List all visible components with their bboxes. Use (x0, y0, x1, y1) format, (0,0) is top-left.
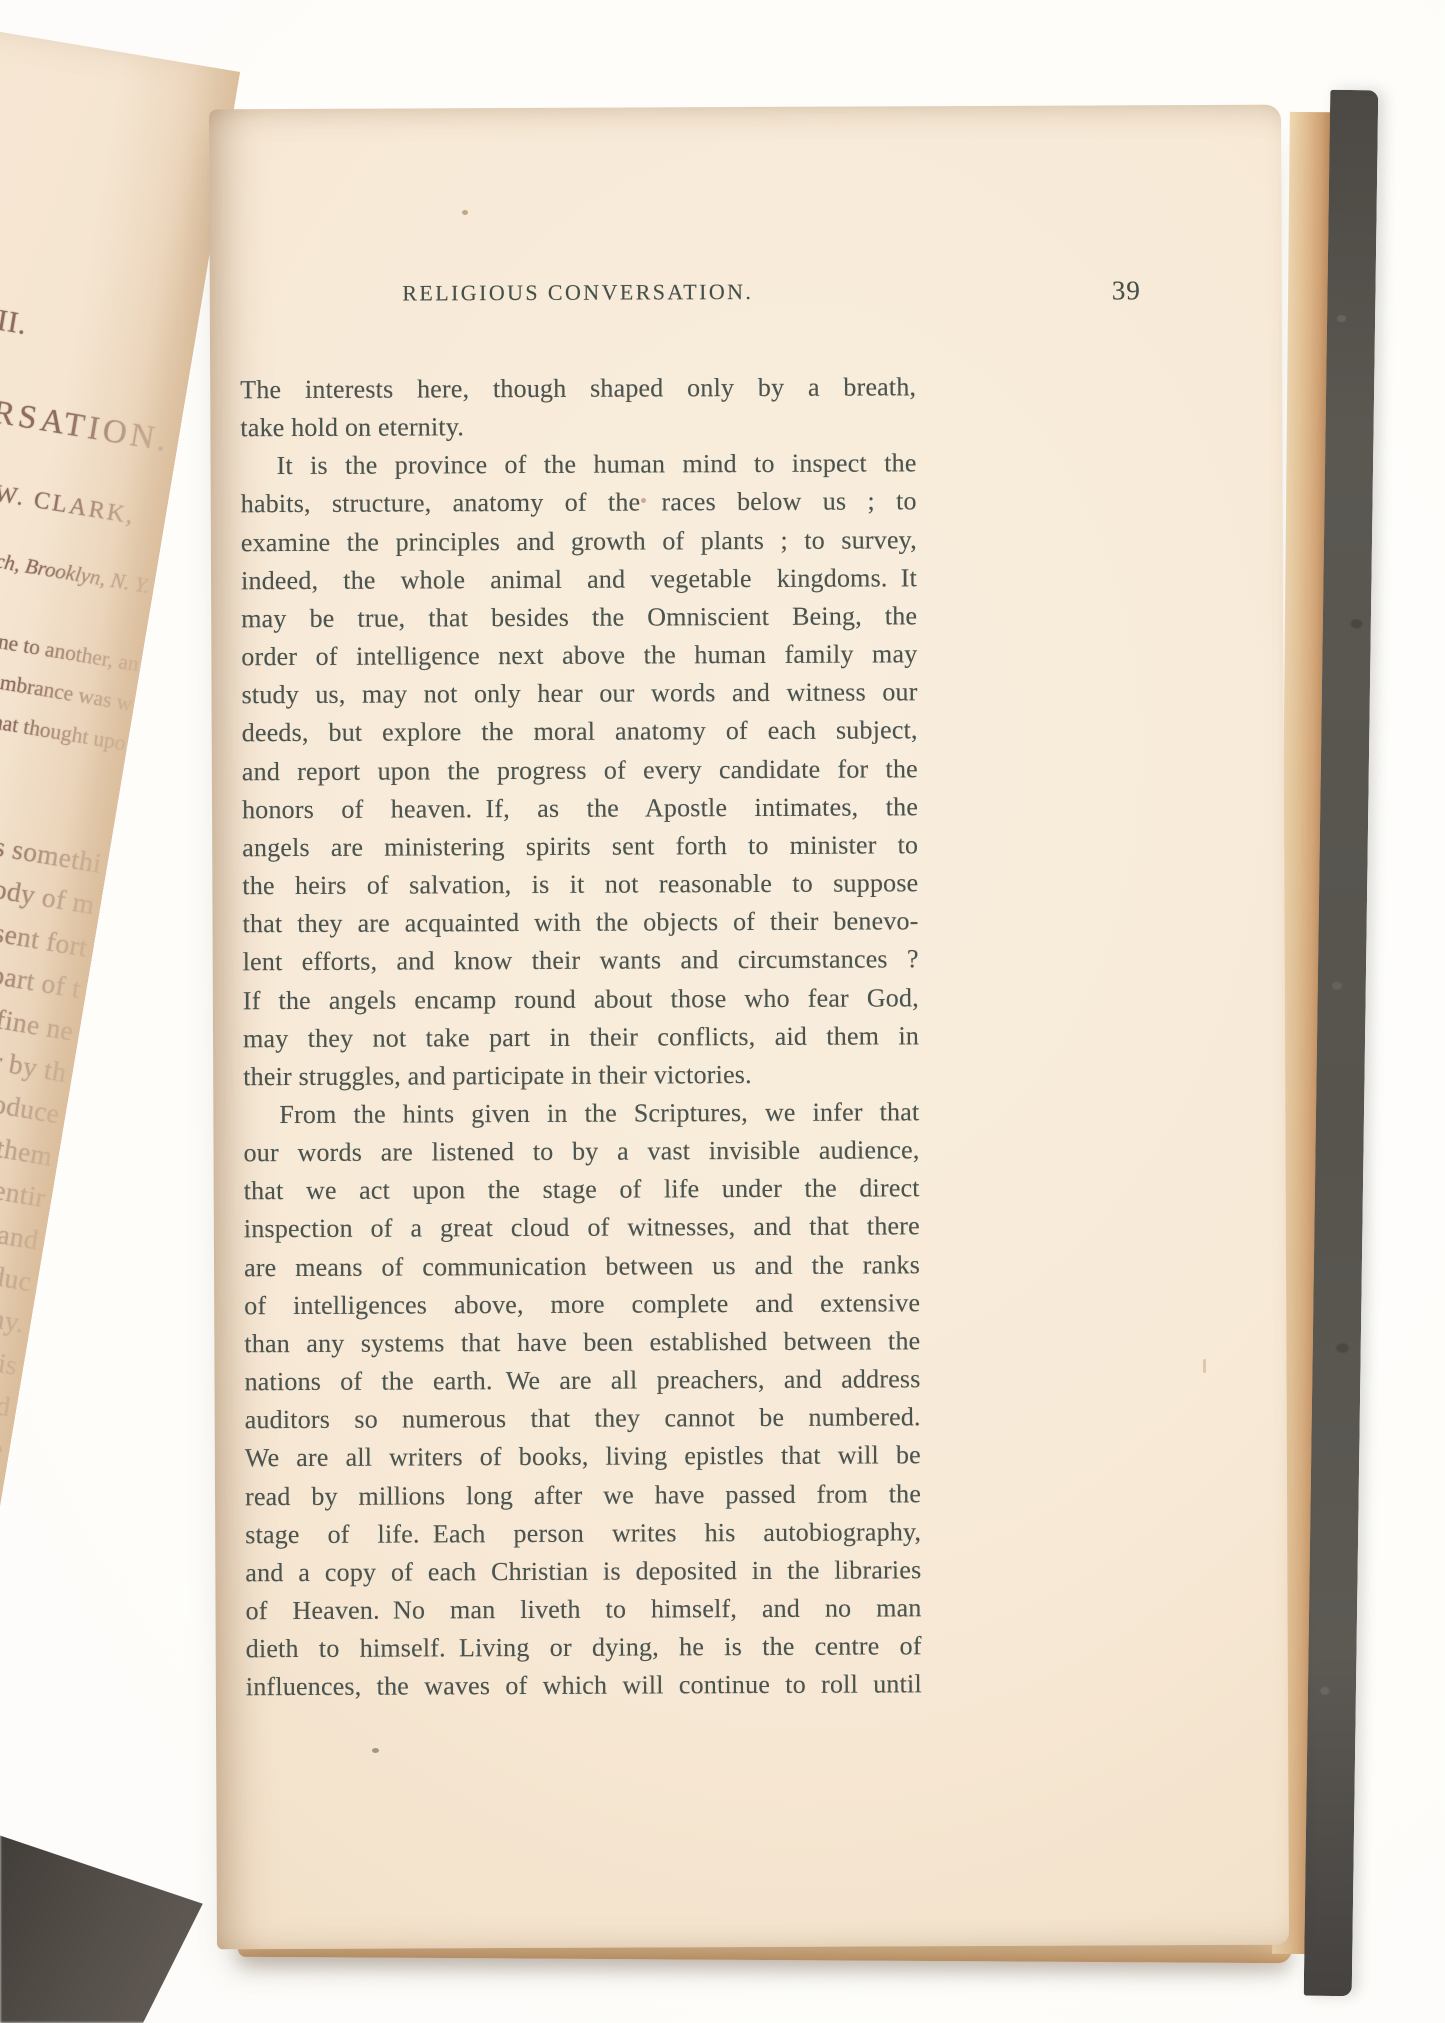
text-line: angels are ministering spirits sent fort… (242, 826, 918, 867)
text-line: and report upon the progress of every ca… (242, 750, 918, 791)
left-body-line: chamber, there is somethi (0, 739, 111, 886)
text-line: take hold on eternity. (240, 406, 916, 447)
left-page: II. S CONVERSATION. RUFUS W. CLARK, greg… (0, 0, 240, 1837)
text-line: than any systems that have been establis… (244, 1322, 920, 1363)
text-line: dieth to himself. Living or dying, he is… (246, 1627, 922, 1668)
text-line: examine the principles and growth of pla… (241, 521, 917, 562)
left-body-fragments: chamber, there is somethie spectacle of … (0, 739, 111, 1723)
text-line: stage of life. Each person writes his au… (245, 1513, 921, 1554)
text-line: influences, the waves of which will cont… (246, 1666, 922, 1707)
book-photo: II. S CONVERSATION. RUFUS W. CLARK, greg… (0, 0, 1445, 2023)
text-line: our words are listened to by a vast invi… (243, 1131, 919, 1172)
paragraph: From the hints given in the Scriptures, … (243, 1093, 922, 1706)
right-page: RELIGIOUS CONVERSATION. 39 The interests… (209, 105, 1289, 1950)
text-line: of Heaven. No man liveth to himself, and… (245, 1589, 921, 1630)
running-header: RELIGIOUS CONVERSATION. 39 (240, 278, 916, 315)
text-line: We are all writers of books, living epis… (245, 1437, 921, 1478)
text-line: nations of the earth. We are all preache… (244, 1360, 920, 1401)
text-line: the heirs of salvation, is it not reason… (242, 864, 918, 905)
text-line: If the angels encamp round about those w… (243, 979, 919, 1020)
text-line: indeed, the whole animal and vegetable k… (241, 559, 917, 600)
text-line: of intelligences above, more complete an… (244, 1284, 920, 1325)
text-line: that we act upon the stage of life under… (244, 1170, 920, 1211)
text-line: read by millions long after we have pass… (245, 1475, 921, 1516)
text-line: and a copy of each Christian is deposite… (245, 1551, 921, 1592)
text-line: auditors so numerous that they cannot be… (245, 1398, 921, 1439)
right-page-text: RELIGIOUS CONVERSATION. 39 The interests… (240, 278, 922, 1706)
text-line: From the hints given in the Scriptures, … (243, 1093, 919, 1134)
text-line: deeds, but explore the moral anatomy of … (242, 712, 918, 753)
text-line: lent efforts, and know their wants and c… (243, 941, 919, 982)
paragraph: It is the province of the human mind to … (240, 445, 919, 1097)
text-line: habits, structure, anatomy of the races … (241, 483, 917, 524)
text-line: It is the province of the human mind to … (240, 445, 916, 486)
text-line: that they are acquainted with the object… (242, 902, 918, 943)
text-line: may be true, that besides the Omniscient… (241, 597, 917, 638)
page-number: 39 (1112, 275, 1141, 306)
left-page-text: II. S CONVERSATION. RUFUS W. CLARK, greg… (0, 231, 196, 1723)
text-line: may they not take part in their conflict… (243, 1017, 919, 1058)
running-header-title: RELIGIOUS CONVERSATION. (240, 278, 916, 307)
text-line: honors of heaven. If, as the Apostle int… (242, 788, 918, 829)
text-line: inspection of a great cloud of witnesses… (244, 1208, 920, 1249)
paragraph: The interests here, though shaped only b… (240, 368, 916, 447)
text-line: their struggles, and participate in thei… (243, 1055, 919, 1096)
chapter-number: II. (0, 231, 196, 370)
text-line: are means of communication between us an… (244, 1246, 920, 1287)
body-text: The interests here, though shaped only b… (240, 368, 922, 1706)
text-line: The interests here, though shaped only b… (240, 368, 916, 409)
text-line: study us, may not only hear our words an… (241, 674, 917, 715)
text-line: order of intelligence next above the hum… (241, 635, 917, 676)
